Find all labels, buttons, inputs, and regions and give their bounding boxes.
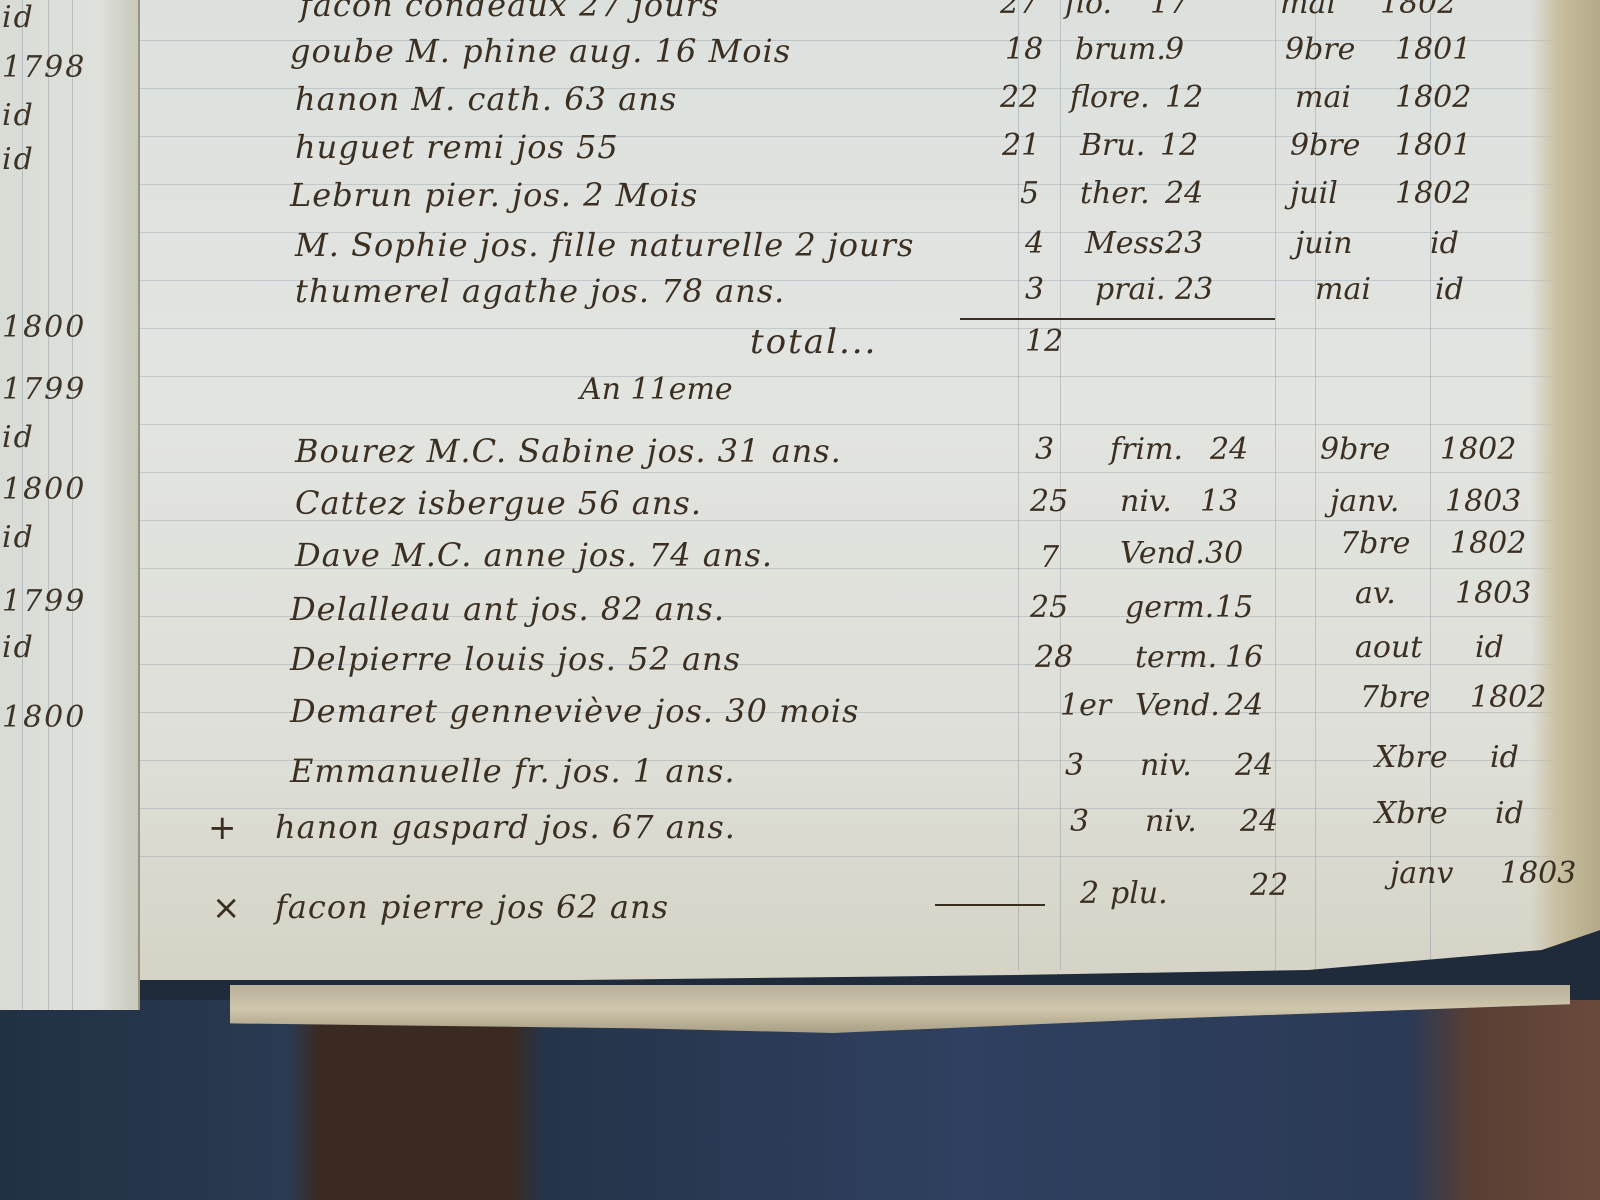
entry-greg-year: 1802 — [1470, 680, 1546, 715]
entry-name: Bourez M.C. Sabine jos. 31 ans. — [295, 432, 842, 470]
entry-month: plu. — [1110, 876, 1168, 911]
entry-month-day: 23 — [1165, 226, 1203, 261]
x-marker-icon: × — [212, 888, 241, 928]
entry-greg-year: id — [1435, 272, 1464, 307]
cross-marker-icon: + — [208, 808, 237, 848]
entry-month: brum. — [1075, 32, 1166, 67]
entry-greg-month: Xbre — [1375, 740, 1448, 775]
left-year-5: 1799 — [2, 372, 86, 407]
left-year-4: 1800 — [2, 310, 86, 345]
entry-day: 1er — [1060, 688, 1111, 723]
entry-greg-month: 7bre — [1360, 680, 1430, 715]
entry-greg-month: 9bre — [1285, 32, 1355, 67]
entry-greg-month: av. — [1355, 576, 1396, 611]
entry-name: Demaret genneviève jos. 30 mois — [290, 692, 859, 730]
left-year-9: 1799 — [2, 584, 86, 619]
entry-greg-year: 1802 — [1450, 526, 1526, 561]
entry-month: flore. — [1070, 80, 1150, 115]
entry-greg-month: janv. — [1330, 484, 1399, 519]
entry-month-day: 13 — [1200, 484, 1238, 519]
entry-day: 3 — [1035, 432, 1054, 467]
entry-name: huguet remi jos 55 — [295, 128, 619, 166]
entry-month: niv. — [1140, 748, 1192, 783]
total-underline — [960, 318, 1275, 320]
entry-month: frim. — [1110, 432, 1183, 467]
left-year-10: id — [2, 630, 35, 665]
entry-month-day: 24 — [1225, 688, 1263, 723]
entry-greg-year: id — [1475, 630, 1504, 665]
entry-month: germ. — [1125, 590, 1214, 625]
entry-month: niv. — [1120, 484, 1172, 519]
entry-day: 5 — [1020, 176, 1039, 211]
entry-month-day: 12 — [1165, 80, 1203, 115]
left-page-edge: id 1798 id id 1800 1799 id 1800 id 1799 … — [0, 0, 140, 1010]
left-year-1: 1798 — [2, 50, 86, 85]
entry-month: niv. — [1145, 804, 1197, 839]
entry-greg-month: 9bre — [1290, 128, 1360, 163]
entry-greg-year: id — [1490, 740, 1519, 775]
entry-greg-month: juil — [1290, 176, 1338, 211]
entry-greg-month: aout — [1355, 630, 1422, 665]
entry-greg-month: 7bre — [1340, 526, 1410, 561]
left-year-7: 1800 — [2, 472, 86, 507]
entry-name: facon condeaux 27 jours — [300, 0, 719, 24]
entry-greg-year: id — [1430, 226, 1459, 261]
entry-greg-year: 1802 — [1395, 176, 1471, 211]
entry-greg-year: 1802 — [1440, 432, 1516, 467]
entry-month: Mess. — [1085, 226, 1174, 261]
entry-day: 7 — [1040, 540, 1059, 575]
entry-day: 25 — [1030, 484, 1068, 519]
entry-month-day: 24 — [1165, 176, 1203, 211]
entry-month: ther. — [1080, 176, 1150, 211]
entry-month: Bru. — [1080, 128, 1145, 163]
entry-name: Lebrun pier. jos. 2 Mois — [290, 176, 698, 214]
entry-month-day: 24 — [1210, 432, 1248, 467]
entry-day: 22 — [1000, 80, 1038, 115]
total-value: 12 — [1025, 324, 1063, 359]
entry-month: term. — [1135, 640, 1217, 675]
entry-day: 2 — [1080, 876, 1099, 911]
entry-day: 3 — [1070, 804, 1089, 839]
entry-greg-month: 9bre — [1320, 432, 1390, 467]
entry-name: Cattez isbergue 56 ans. — [295, 484, 702, 522]
entry-day: 28 — [1035, 640, 1073, 675]
entry-name: Delalleau ant jos. 82 ans. — [290, 590, 725, 628]
entry-day: 3 — [1025, 272, 1044, 307]
entry-month-day: 24 — [1240, 804, 1278, 839]
entry-month-day: 30 — [1205, 536, 1243, 571]
entry-month-day: 24 — [1235, 748, 1273, 783]
entry-greg-month: janv — [1390, 856, 1453, 891]
entry-greg-month: Xbre — [1375, 796, 1448, 831]
entry-month-day: 12 — [1160, 128, 1198, 163]
entry-greg-year: 1803 — [1500, 856, 1576, 891]
left-year-3: id — [2, 142, 35, 177]
entry-greg-month: mai — [1280, 0, 1336, 21]
entry-month-day: 17 — [1150, 0, 1188, 21]
entry-month-day: 22 — [1250, 868, 1288, 903]
page-edge-right — [1530, 0, 1600, 980]
entry-greg-year: 1803 — [1455, 576, 1531, 611]
entry-day: 21 — [1002, 128, 1040, 163]
dash-line — [935, 904, 1045, 906]
entry-greg-year: 1801 — [1395, 32, 1471, 67]
entry-greg-month: juin — [1295, 226, 1353, 261]
entry-month-day: 23 — [1175, 272, 1213, 307]
entry-month-day: 9 — [1165, 32, 1184, 67]
entry-day: 18 — [1005, 32, 1043, 67]
left-year-0: id — [2, 0, 35, 35]
entry-day: 3 — [1065, 748, 1084, 783]
entry-greg-year: 1802 — [1380, 0, 1456, 21]
entry-name: facon pierre jos 62 ans — [275, 888, 669, 926]
entry-day: 25 — [1030, 590, 1068, 625]
left-year-2: id — [2, 98, 35, 133]
entry-month: flo. — [1065, 0, 1112, 21]
left-year-6: id — [2, 420, 35, 455]
entry-month: prai. — [1095, 272, 1166, 307]
entry-name: thumerel agathe jos. 78 ans. — [295, 272, 785, 310]
entry-greg-month: mai — [1295, 80, 1351, 115]
entry-month: Vend. — [1135, 688, 1220, 723]
entry-name: hanon M. cath. 63 ans — [295, 80, 677, 118]
entry-greg-year: 1802 — [1395, 80, 1471, 115]
entry-name: Emmanuelle fr. jos. 1 ans. — [290, 752, 736, 790]
entry-day: 27 — [1000, 0, 1038, 21]
entry-name: hanon gaspard jos. 67 ans. — [275, 808, 736, 846]
entry-name: M. Sophie jos. fille naturelle 2 jours — [295, 226, 914, 264]
entry-month-day: 16 — [1225, 640, 1263, 675]
entry-greg-year: 1803 — [1445, 484, 1521, 519]
entry-name: goube M. phine aug. 16 Mois — [290, 32, 791, 70]
entry-greg-year: 1801 — [1395, 128, 1471, 163]
entry-name: Delpierre louis jos. 52 ans — [290, 640, 741, 678]
entry-name: Dave M.C. anne jos. 74 ans. — [295, 536, 773, 574]
left-year-8: id — [2, 520, 35, 555]
entry-greg-year: id — [1495, 796, 1524, 831]
left-year-11: 1800 — [2, 700, 86, 735]
entry-day: 4 — [1025, 226, 1044, 261]
total-label: total... — [750, 322, 877, 362]
section-heading: An 11eme — [580, 372, 733, 407]
entry-greg-month: mai — [1315, 272, 1371, 307]
entry-month: Vend. — [1120, 536, 1205, 571]
entry-month-day: 15 — [1215, 590, 1253, 625]
